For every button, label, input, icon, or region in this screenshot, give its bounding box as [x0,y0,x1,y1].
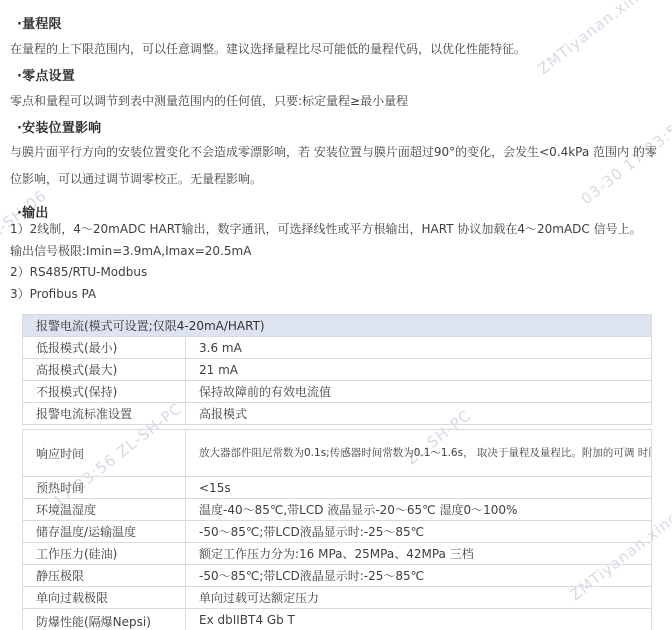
section-heading-zero-setting: ·零点设置 [17,65,75,84]
document-page: { "sections": [ { "heading": "·量程限", "p1… [0,0,672,630]
row-value: <15s [186,477,652,499]
row-value: 温度-40～85℃,带LCD 液晶显示-20～65℃ 湿度0～100% [186,499,652,521]
table-row: 静压极限 -50～85℃;带LCD液晶显示时:-25～85℃ [23,565,652,587]
row-label: 低报模式(最小) [23,337,186,359]
row-value: 高报模式 [186,403,652,425]
output-item-2: 2）RS485/RTU-Modbus [10,263,665,281]
table-row: 防爆性能(隔爆Nepsi) Ex dbIIBT4 Gb T [23,609,652,630]
row-value: 3.6 mA [186,337,652,359]
alarm-current-table: 报警电流(模式可设置;仅限4-20mA/HART) 低报模式(最小) 3.6 m… [22,314,652,425]
row-label: 报警电流标准设置 [23,403,186,425]
table-row: 低报模式(最小) 3.6 mA [23,337,652,359]
row-label: 单向过载极限 [23,587,186,609]
table-row: 储存温度/运输温度 -50～85℃;带LCD液晶显示时:-25～85℃ [23,521,652,543]
table-row: 高报模式(最大) 21 mA [23,359,652,381]
row-label: 储存温度/运输温度 [23,521,186,543]
table-row: 工作压力(硅油) 额定工作压力分为:16 MPa、25MPa、42MPa 三档 [23,543,652,565]
row-label: 预热时间 [23,477,186,499]
row-label: 不报模式(保持) [23,381,186,403]
table-header-row: 报警电流(模式可设置;仅限4-20mA/HART) [23,315,652,337]
table-row: 环境温湿度 温度-40～85℃,带LCD 液晶显示-20～65℃ 湿度0～100… [23,499,652,521]
row-label: 响应时间 [23,430,186,477]
row-label: 高报模式(最大) [23,359,186,381]
section-paragraph: 与膜片面平行方向的安装位置变化不会造成零漂影响，若 安装位置与膜片面超过90°的… [10,139,660,193]
row-value: Ex dbIIBT4 Gb T [186,609,652,630]
alarm-current-table-title: 报警电流(模式可设置;仅限4-20mA/HART) [23,315,652,337]
output-item-3: 3）Profibus PA [10,285,665,303]
output-signal-limit: 输出信号极限:Imin=3.9mA,Imax=20.5mA [10,242,665,260]
row-label: 静压极限 [23,565,186,587]
row-value: 额定工作压力分为:16 MPa、25MPa、42MPa 三档 [186,543,652,565]
table-row: 单向过载极限 单向过载可达额定压力 [23,587,652,609]
section-paragraph: 零点和量程可以调节到表中测量范围内的任何值，只要:标定量程≥最小量程 [10,88,665,115]
performance-spec-table: 响应时间 放大器部件阻尼常数为0.1s;传感器时间常数为0.1～1.6s， 取决… [22,429,652,630]
section-paragraph: 在量程的上下限范围内，可以任意调整。建议选择量程比尽可能低的量程代码，以优化性能… [10,36,665,63]
section-heading-range-limit: ·量程限 [17,13,62,32]
row-value: -50～85℃;带LCD液晶显示时:-25～85℃ [186,565,652,587]
table-row: 预热时间 <15s [23,477,652,499]
row-label: 防爆性能(隔爆Nepsi) [23,609,186,630]
row-value: 保持故障前的有效电流值 [186,381,652,403]
row-label: 环境温湿度 [23,499,186,521]
row-value: 单向过载可达额定压力 [186,587,652,609]
section-heading-mounting-position: ·安装位置影响 [17,117,101,136]
row-value: 放大器部件阻尼常数为0.1s;传感器时间常数为0.1～1.6s， 取决于量程及量… [186,430,652,477]
table-row: 响应时间 放大器部件阻尼常数为0.1s;传感器时间常数为0.1～1.6s， 取决… [23,430,652,477]
table-row: 报警电流标准设置 高报模式 [23,403,652,425]
row-value: 21 mA [186,359,652,381]
row-value: -50～85℃;带LCD液晶显示时:-25～85℃ [186,521,652,543]
section-heading-output: ·输出 [17,202,49,221]
output-item-1: 1）2线制，4～20mADC HART输出，数字通讯，可选择线性或平方根输出，H… [10,220,665,238]
table-row: 不报模式(保持) 保持故障前的有效电流值 [23,381,652,403]
row-label: 工作压力(硅油) [23,543,186,565]
